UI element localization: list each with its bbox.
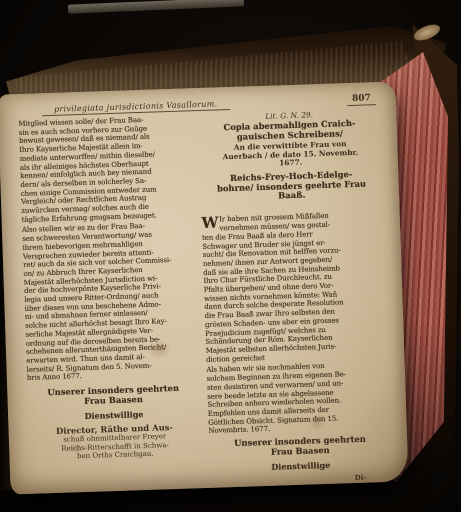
left-salutation: Dienstwillige	[28, 407, 200, 423]
letter-subtitle: An die verwittibte Frau von Auerbach / d…	[199, 139, 382, 171]
book-page: privilegiata jurisdictionis Vasallorum. …	[0, 82, 409, 495]
left-paragraph-2: Also stellen wir es zu der Frau Baa- sen…	[22, 221, 199, 383]
left-paragraph-1: Mitglied wissen solle/ der Frau Baa- sin…	[18, 114, 193, 224]
left-address-heading: Unserer insonders geehrten Frau Baasen	[27, 383, 199, 408]
right-paragraph-2: Als haben wir sie nochmahlen von solchem…	[206, 360, 391, 436]
page-number: 807	[347, 93, 376, 106]
right-paragraph-1-text: Ir haben mit grossem Mißfallen vernehmen…	[202, 212, 344, 363]
letter-salutation-heading: Reichs-Frey-Hoch-Edelge- bohrne/ insonde…	[200, 169, 383, 204]
drop-cap: W	[201, 216, 218, 231]
right-address-heading: Unserer insonders geehrten Frau Baasen	[209, 434, 392, 459]
book-board-edge	[68, 0, 244, 14]
signature-rest: schuß ohnmittelbarer Freyer Reichs-Ritte…	[29, 431, 201, 462]
book-photo: privilegiata jurisdictionis Vasallorum. …	[0, 0, 461, 512]
catchword: Di-	[210, 472, 393, 487]
page-content: privilegiata jurisdictionis Vasallorum. …	[18, 93, 392, 486]
right-paragraph-1: WIr haben mit grossem Mißfallen vernehme…	[201, 202, 388, 365]
text-columns: Mitglied wissen solle/ der Frau Baa- sin…	[18, 108, 392, 493]
left-column: Mitglied wissen solle/ der Frau Baa- sin…	[18, 114, 202, 493]
right-column: Lit. G. N. 29. Copia abermahligen Craich…	[198, 108, 393, 487]
right-salutation: Dienstwillige	[210, 458, 393, 474]
